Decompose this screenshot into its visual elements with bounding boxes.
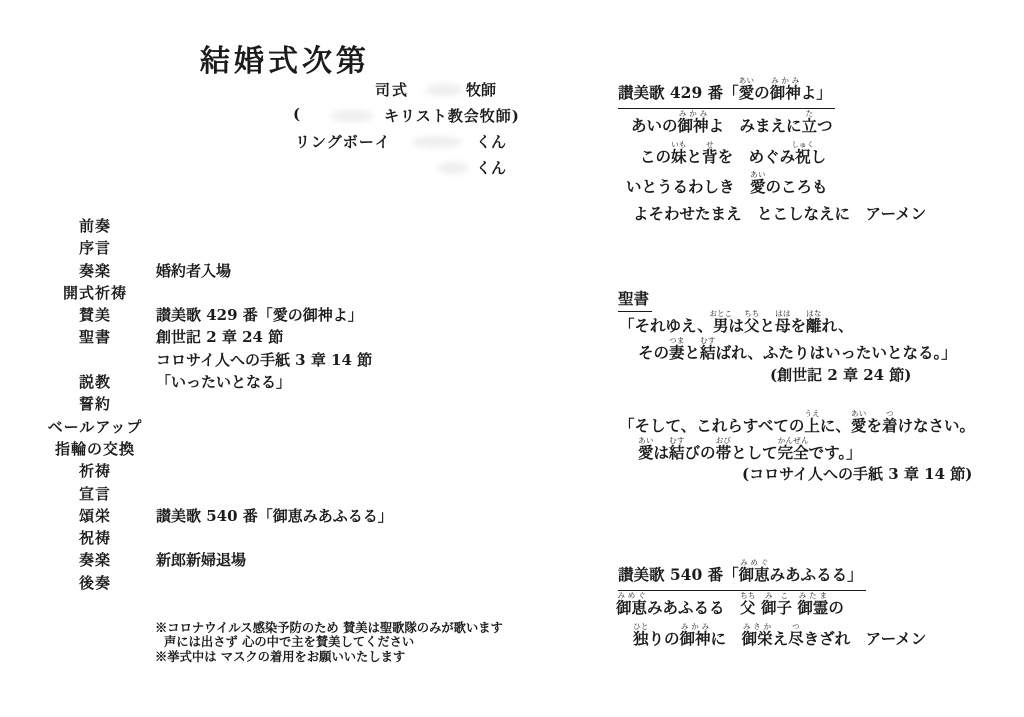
hymn-429-line: いとうるわしき 愛あいのころも — [618, 170, 926, 201]
hymn-429-line: この妹いもと背せを めぐみ祝しゅくし — [618, 140, 926, 171]
hymn-540-section: 讃美歌 540 番「御恵みめぐみあふるる」 御恵みめぐみあふるる 父ちち 御子み… — [616, 558, 926, 652]
program-item-label: 奏楽 — [35, 260, 155, 281]
hymn-540-line: 御恵みめぐみあふるる 父ちち 御子みこ 御霊みたまの — [616, 591, 926, 622]
program-row: 説教「いったいとなる」 — [35, 371, 393, 393]
program-row: コロサイ人への手紙 3 章 14 節 — [35, 349, 393, 371]
hymn-540-title: 讃美歌 540 番「御恵みめぐみあふるる」 — [616, 558, 926, 591]
program-row: 奏楽婚約者入場 — [35, 260, 393, 282]
hymn-429-line: あいの御神みかみよ みまえに立たつ — [618, 109, 926, 140]
ringboy-name-suffix-2: くん — [476, 157, 506, 178]
program-row: 前奏 — [35, 215, 393, 237]
program-item-label: 指輪の交換 — [35, 438, 155, 459]
wedding-program-page: 結婚式次第 司式 牧師 ( キリスト教会牧師) リングボーイ くん くん 前奏 … — [0, 0, 1024, 717]
hymn-429-title: 讃美歌 429 番「愛あいの御神みかみよ」 — [618, 76, 926, 109]
program-item-label: 祝祷 — [35, 527, 155, 548]
program-row: 賛美讃美歌 429 番「愛の御神よ」 — [35, 304, 393, 326]
program-item-label: 開式祈祷 — [35, 282, 155, 303]
ringboy-name-suffix-1: くん — [476, 131, 506, 152]
hymn-429-section: 讃美歌 429 番「愛あいの御神みかみよ」 あいの御神みかみよ みまえに立たつ … — [618, 76, 926, 227]
hymn-540-line: 独ひとりの御神みかみに 御栄みさかえ尽つきざれ アーメン — [616, 622, 926, 653]
program-item-detail: 「いったいとなる」 — [156, 371, 291, 392]
program-row: 誓約 — [35, 393, 393, 415]
scripture-passage2-line2: 愛あいは結むすびの帯おびとして完全かんぜんです。」 — [638, 436, 862, 466]
scripture-passage1-line1: 「それゆえ、男おとこは父ちちと母ははを離はなれ、 — [619, 309, 854, 339]
program-row: 宣言 — [35, 483, 393, 505]
program-row: 序言 — [35, 237, 393, 259]
program-row: 聖書創世記 2 章 24 節 — [35, 326, 393, 348]
program-item-label: 奏楽 — [35, 549, 155, 570]
program-item-label: ベールアップ — [35, 416, 155, 437]
officiant-role-label: 司式 — [375, 79, 409, 100]
program-item-detail: コロサイ人への手紙 3 章 14 節 — [156, 349, 372, 370]
program-item-label: 説教 — [35, 371, 155, 392]
ringboy-role-label: リングボーイ — [295, 131, 391, 152]
scripture-passage2-citation: (コロサイ人への手紙 3 章 14 節) — [742, 463, 972, 484]
program-item-detail: 創世記 2 章 24 節 — [156, 326, 283, 347]
scripture-passage1-line2: その妻つまと結むすばれ、ふたりはいったいとなる。」 — [638, 336, 957, 366]
note-line: ※コロナウイルス感染予防のため 賛美は聖歌隊のみが歌います — [155, 621, 503, 635]
program-item-label: 序言 — [35, 237, 155, 258]
covid-notes: ※コロナウイルス感染予防のため 賛美は聖歌隊のみが歌います 声には出さず 心の中… — [155, 621, 503, 664]
program-item-label: 前奏 — [35, 215, 155, 236]
program-item-label: 後奏 — [35, 572, 155, 593]
program-item-detail: 讃美歌 429 番「愛の御神よ」 — [156, 304, 363, 325]
program-row: ベールアップ — [35, 416, 393, 438]
church-name: キリスト教会牧師) — [384, 105, 520, 126]
redacted-name-smudge — [425, 84, 463, 96]
note-line: 声には出さず 心の中で主を賛美してください — [155, 635, 503, 649]
redacted-name-smudge — [412, 136, 462, 148]
program-item-label: 宣言 — [35, 483, 155, 504]
program-item-label: 賛美 — [35, 304, 155, 325]
program-item-detail: 婚約者入場 — [156, 260, 231, 281]
redacted-name-smudge — [438, 162, 468, 174]
officiant-title: 牧師 — [466, 79, 496, 100]
program-item-detail: 新郎新婦退場 — [156, 549, 246, 570]
program-item-label: 祈祷 — [35, 460, 155, 481]
hymn-429-line: よそわせたまえ とこしなえに アーメン — [618, 201, 926, 228]
program-row: 祝祷 — [35, 527, 393, 549]
program-list: 前奏 序言 奏楽婚約者入場 開式祈祷 賛美讃美歌 429 番「愛の御神よ」 聖書… — [35, 215, 393, 594]
program-row: 頌栄讃美歌 540 番「御恵みあふるる」 — [35, 505, 393, 527]
scripture-passage1-citation: (創世記 2 章 24 節) — [770, 364, 911, 385]
program-row: 後奏 — [35, 572, 393, 594]
page-title: 結婚式次第 — [200, 36, 370, 80]
redacted-name-smudge — [330, 110, 374, 122]
program-item-label: 聖書 — [35, 326, 155, 347]
program-row: 指輪の交換 — [35, 438, 393, 460]
scripture-passage2-line1: 「そして、これらすべての上うえに、愛あいを着つけなさい。 — [619, 409, 975, 439]
note-line: ※挙式中は マスクの着用をお願いいたします — [155, 650, 503, 664]
program-item-label: 頌栄 — [35, 505, 155, 526]
church-paren-open: ( — [293, 105, 300, 123]
program-item-detail: 讃美歌 540 番「御恵みあふるる」 — [156, 505, 393, 526]
program-row: 祈祷 — [35, 460, 393, 482]
program-row: 奏楽新郎新婦退場 — [35, 549, 393, 571]
program-row: 開式祈祷 — [35, 282, 393, 304]
program-item-label: 誓約 — [35, 393, 155, 414]
